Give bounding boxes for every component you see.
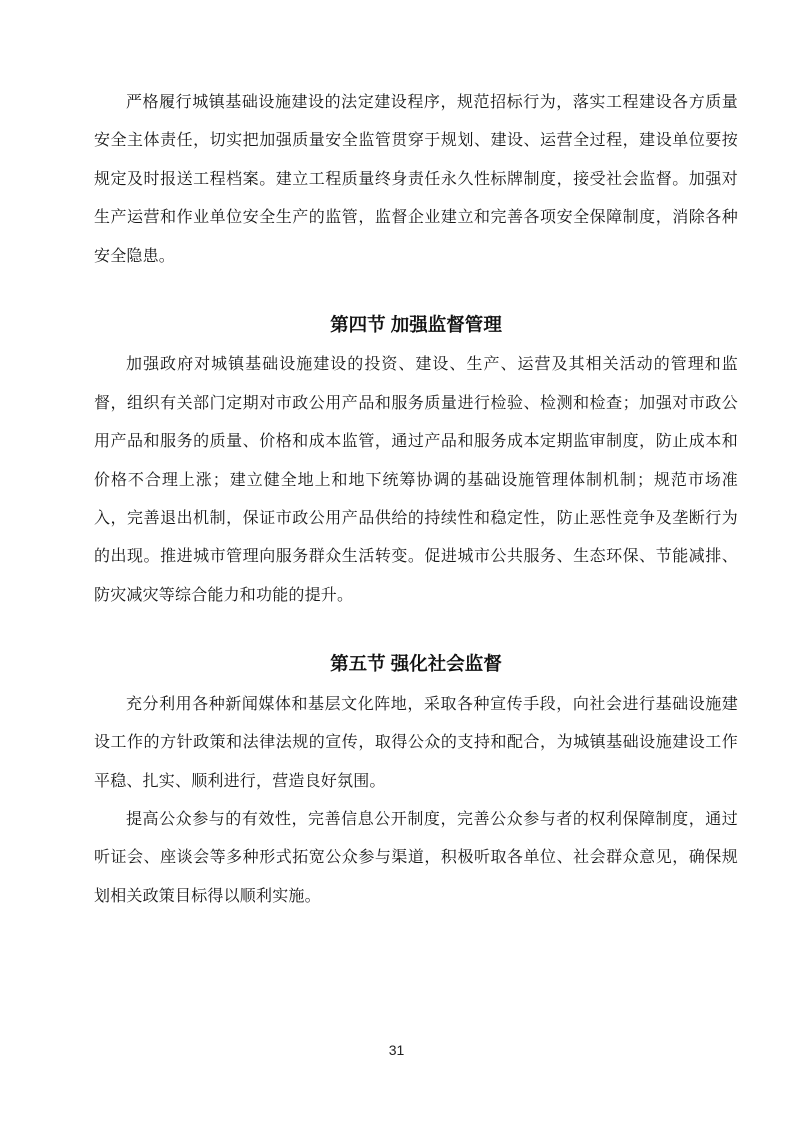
paragraph-section4: 加强政府对城镇基础设施建设的投资、建设、生产、运营及其相关活动的管理和监督，组织…: [94, 346, 738, 615]
page-number: 31: [389, 1042, 405, 1058]
document-content: 严格履行城镇基础设施建设的法定建设程序，规范招标行为，落实工程建设各方质量安全主…: [94, 84, 738, 916]
section-heading-4: 第四节 加强监督管理: [94, 306, 738, 344]
section-heading-5: 第五节 强化社会监督: [94, 645, 738, 683]
document-page: 严格履行城镇基础设施建设的法定建设程序，规范招标行为，落实工程建设各方质量安全主…: [0, 0, 793, 1122]
paragraph-section3-tail: 严格履行城镇基础设施建设的法定建设程序，规范招标行为，落实工程建设各方质量安全主…: [94, 84, 738, 276]
page-footer: 31: [0, 1042, 793, 1060]
paragraph-section5-first: 充分利用各种新闻媒体和基层文化阵地，采取各种宣传手段，向社会进行基础设施建设工作…: [94, 686, 738, 801]
paragraph-section5-second: 提高公众参与的有效性，完善信息公开制度，完善公众参与者的权利保障制度，通过听证会…: [94, 801, 738, 916]
